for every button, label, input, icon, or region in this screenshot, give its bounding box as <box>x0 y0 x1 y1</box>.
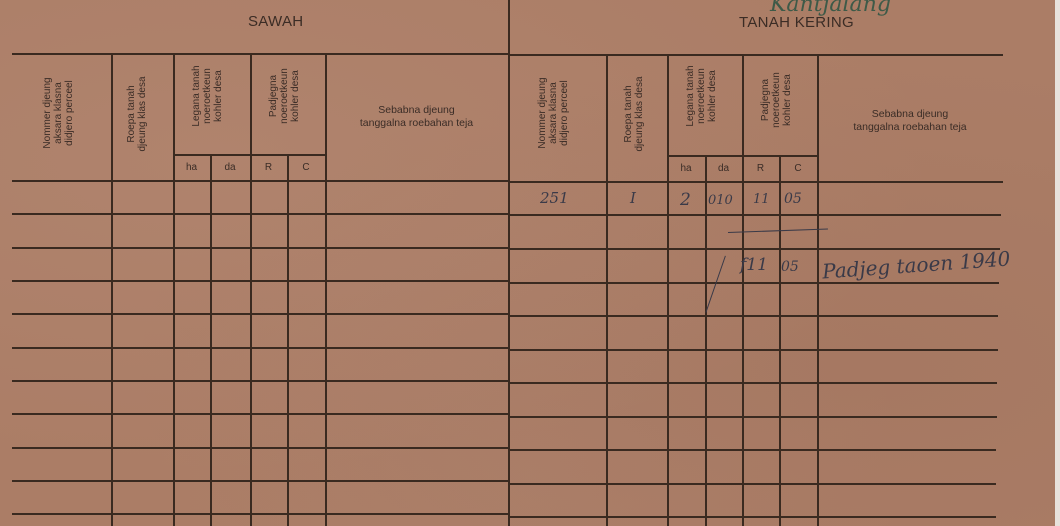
tk-row1-r: 11 <box>753 192 770 207</box>
tk-header-padjegna: Padjegna noeroetkeun kohler desa <box>760 55 800 145</box>
sawah-sub-ha: ha <box>173 162 210 173</box>
tk-annotation-c: 05 <box>781 259 799 275</box>
sawah-header-nommer: Nommer djeung aksara klasna didjero perc… <box>42 54 82 172</box>
tk-header-nommer: Nommer djeung aksara klasna didjero perc… <box>537 54 577 172</box>
tk-annotation-note: Padjeg taoen 1940 <box>821 246 1011 283</box>
sawah-header-roepa: Roepa tanah djeung klas desa <box>126 59 154 169</box>
tk-header-roepa: Roepa tanah djeung klas desa <box>623 59 651 169</box>
sawah-sub-c: C <box>287 162 325 173</box>
annotation-slash <box>705 256 726 313</box>
tk-row1-da: 010 <box>708 193 733 208</box>
tk-header-legana: Legana tanah noeroetkeun kohler desa <box>685 51 725 141</box>
tk-sub-c: C <box>779 163 817 174</box>
tk-row1-c: 05 <box>784 191 802 207</box>
tk-annotation-r: f11 <box>740 255 768 275</box>
sawah-sub-r: R <box>250 162 287 173</box>
tk-header-sebabna: Sebabna djeung tanggalna roebahan teja <box>817 108 1003 134</box>
sawah-header-padjegna: Padjegna noeroetkeun kohler desa <box>268 51 308 141</box>
tk-sub-r: R <box>742 163 779 174</box>
tk-sub-da: da <box>705 163 742 174</box>
tk-row1-ha: 2 <box>680 190 691 210</box>
scan-edge <box>1055 0 1060 526</box>
tk-sub-ha: ha <box>667 163 705 174</box>
sawah-title: SAWAH <box>248 13 303 30</box>
sawah-header-sebabna: Sebabna djeung tanggalna roebahan teja <box>325 104 508 130</box>
sawah-header-legana: Legana tanah noeroetkeun kohler desa <box>191 51 231 141</box>
tanah-kering-title: TANAH KERING <box>739 14 854 31</box>
sawah-sub-da: da <box>210 162 250 173</box>
tk-row1-nommer: 251 <box>540 189 569 207</box>
section-divider <box>508 0 510 526</box>
tk-row1-roepa: I <box>630 189 636 207</box>
